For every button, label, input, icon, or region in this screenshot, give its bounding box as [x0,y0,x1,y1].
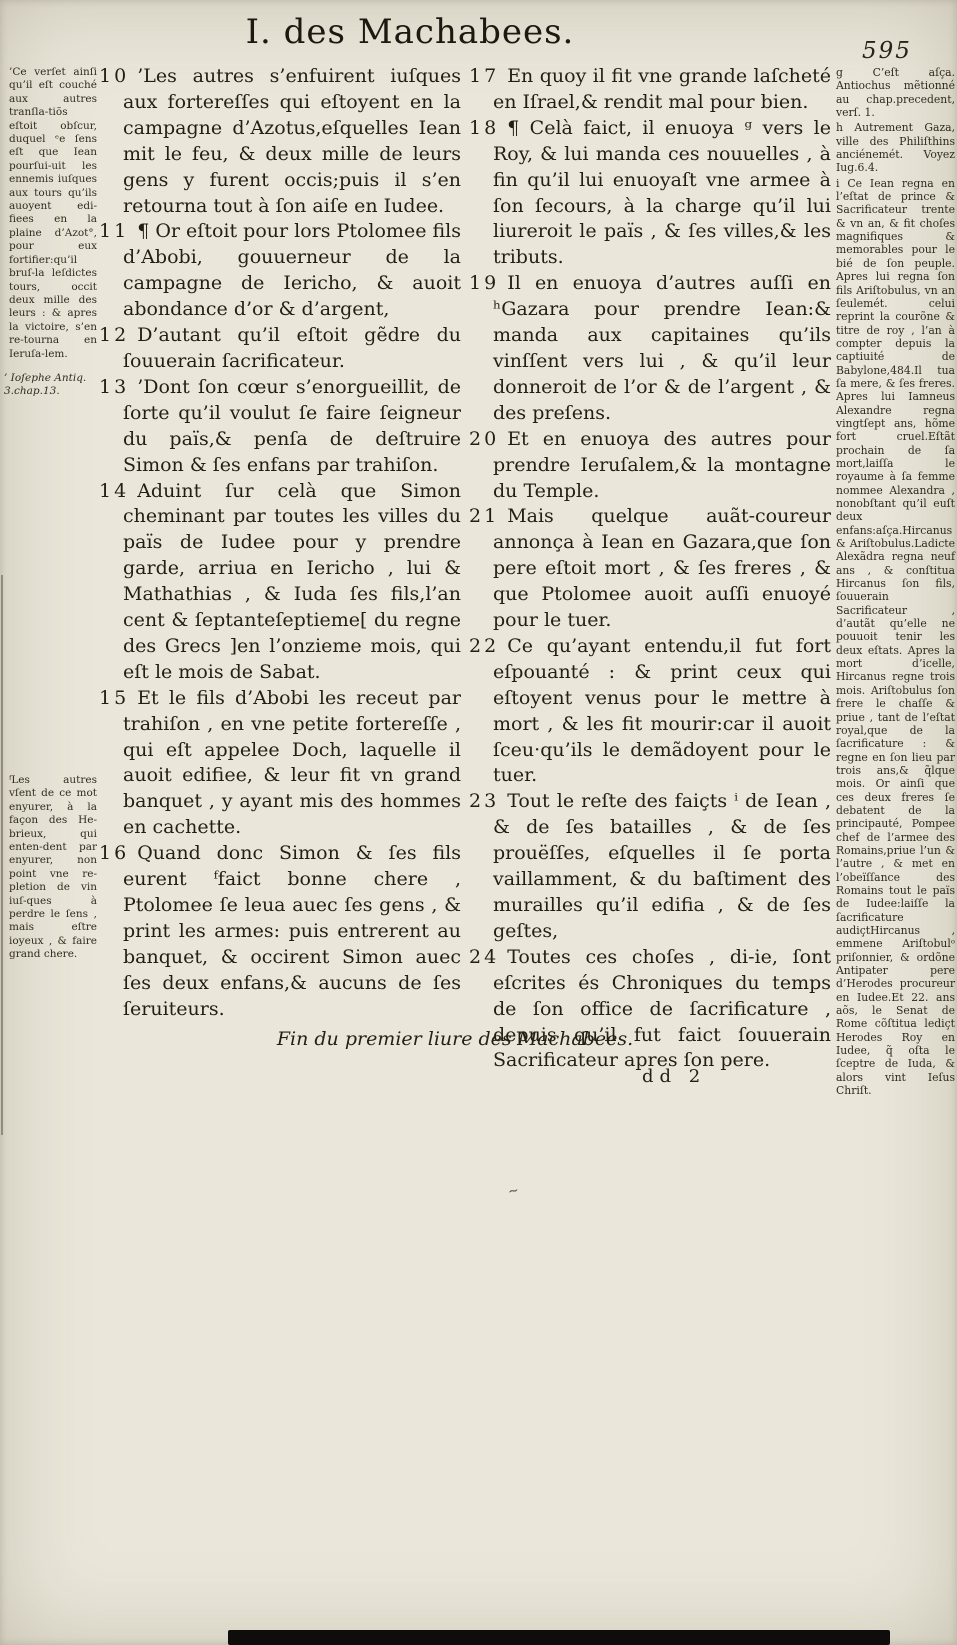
verse-number: 20 [469,428,507,450]
verse-number: 16 [99,842,137,864]
verse-text: ’Les autres s’enfuirent iuſques aux fort… [123,65,461,217]
verse-22: 22Ce qu’ayant entendu,il fut fort eſpoua… [469,634,831,789]
verse-text: Aduint ſur celà que Simon cheminant par … [123,480,461,683]
verse-number: 13 [99,376,137,398]
verse-text: ¶ Or eſtoit pour lors Ptolomee fils d’Ab… [123,220,461,320]
verse-text: Et le fils d’Abobi les receut par trahiſ… [123,687,461,839]
margin-note-left-1: ’Ce verſet ainſi qu’il eſt couché aux au… [9,66,97,361]
verse-number: 19 [469,272,507,294]
verse-number: 11 [99,220,137,242]
verse-number: 12 [99,324,137,346]
book-page: I. des Machabees. 595 ’Ce verſet ainſi q… [0,0,957,1645]
verse-text: ¶ Celà faict, il enuoya ᵍ vers le Roy, &… [493,117,831,269]
verse-number: 22 [469,635,507,657]
verse-text: Tout le reſte des faiçts ⁱ de Iean , & d… [493,790,831,942]
verse-text: D’autant qu’il eſtoit gẽdre du ſouuerain… [123,324,461,372]
verse-23: 23Tout le reſte des faiçts ⁱ de Iean , &… [469,789,831,944]
scan-edge-line [1,575,3,1135]
margin-note-left-2: ’ Ioſephe Antiq. 3.chap.13. [4,372,96,399]
verse-15: 15Et le fils d’Abobi les receut par trah… [99,686,461,841]
verse-number: 23 [469,790,507,812]
verse-number: 21 [469,505,507,527]
margin-note-g: g C’eſt aſça. Antiochus mẽtionné au chap… [836,66,955,119]
page-title: I. des Machabees. [0,12,820,52]
verse-21: 21Mais quelque auãt-coureur annonça à Ie… [469,504,831,634]
verse-number: 17 [469,65,507,87]
verse-16: 16Quand donc Simon & ſes fils eurent ᶠfa… [99,841,461,1022]
verse-13: 13’Dont ſon cœur s’enorgueillit, de ſort… [99,375,461,479]
verse-10: 10’Les autres s’enfuirent iuſques aux fo… [99,64,461,219]
verse-text: Ce qu’ayant entendu,il fut fort eſpouant… [493,635,831,787]
verse-text: Et en enuoya des autres pour prendre Ier… [493,428,831,502]
verse-20: 20Et en enuoya des autres pour prendre I… [469,427,831,505]
margin-note-i: i Ce Iean regna en l’eſtat de prince & S… [836,177,955,1098]
verse-11: 11¶ Or eſtoit pour lors Ptolomee fils d’… [99,219,461,323]
page-number: 595 [862,38,912,64]
margin-notes-right: g C’eſt aſça. Antiochus mẽtionné au chap… [836,66,955,1099]
verse-19: 19Il en enuoya d’autres auſſi en ʰGazara… [469,271,831,426]
stray-pen-mark: ~ [507,1183,521,1200]
margin-note-left-3: ᶠLes autres vſent de ce mot enyurer, à l… [9,774,97,962]
verse-text: En quoy il fit vne grande laſcheté en Iſ… [493,65,831,113]
signature-mark: dd 2 [642,1066,706,1087]
verse-14: 14Aduint ſur celà que Simon cheminant pa… [99,479,461,686]
verse-text: ’Dont ſon cœur s’enorgueillit, de ſorte … [123,376,461,476]
verse-18: 18¶ Celà faict, il enuoya ᵍ vers le Roy,… [469,116,831,271]
scan-bottom-bar [228,1630,890,1645]
verse-number: 15 [99,687,137,709]
verse-24: 24Toutes ces choſes , di-ie, ſont eſcrit… [469,945,831,1075]
verse-text: Mais quelque auãt-coureur annonça à Iean… [493,505,831,631]
book-end-line: Fin du premier liure des Machabees. [0,1028,910,1050]
verse-number: 18 [469,117,507,139]
verse-text: Il en enuoya d’autres auſſi en ʰGazara p… [493,272,831,424]
verse-text: Quand donc Simon & ſes fils eurent ᶠfaic… [123,842,461,1019]
verse-text: Toutes ces choſes , di-ie, ſont eſcrites… [493,946,831,1072]
margin-note-h: h Autrement Gaza, ville des Philiſthins … [836,121,955,174]
text-column-right: 17En quoy il fit vne grande laſcheté en … [469,64,831,1074]
verse-12: 12D’autant qu’il eſtoit gẽdre du ſouuera… [99,323,461,375]
text-column-left: 10’Les autres s’enfuirent iuſques aux fo… [99,64,461,1023]
verse-number: 24 [469,946,507,968]
verse-number: 14 [99,480,137,502]
verse-17: 17En quoy il fit vne grande laſcheté en … [469,64,831,116]
verse-number: 10 [99,65,137,87]
